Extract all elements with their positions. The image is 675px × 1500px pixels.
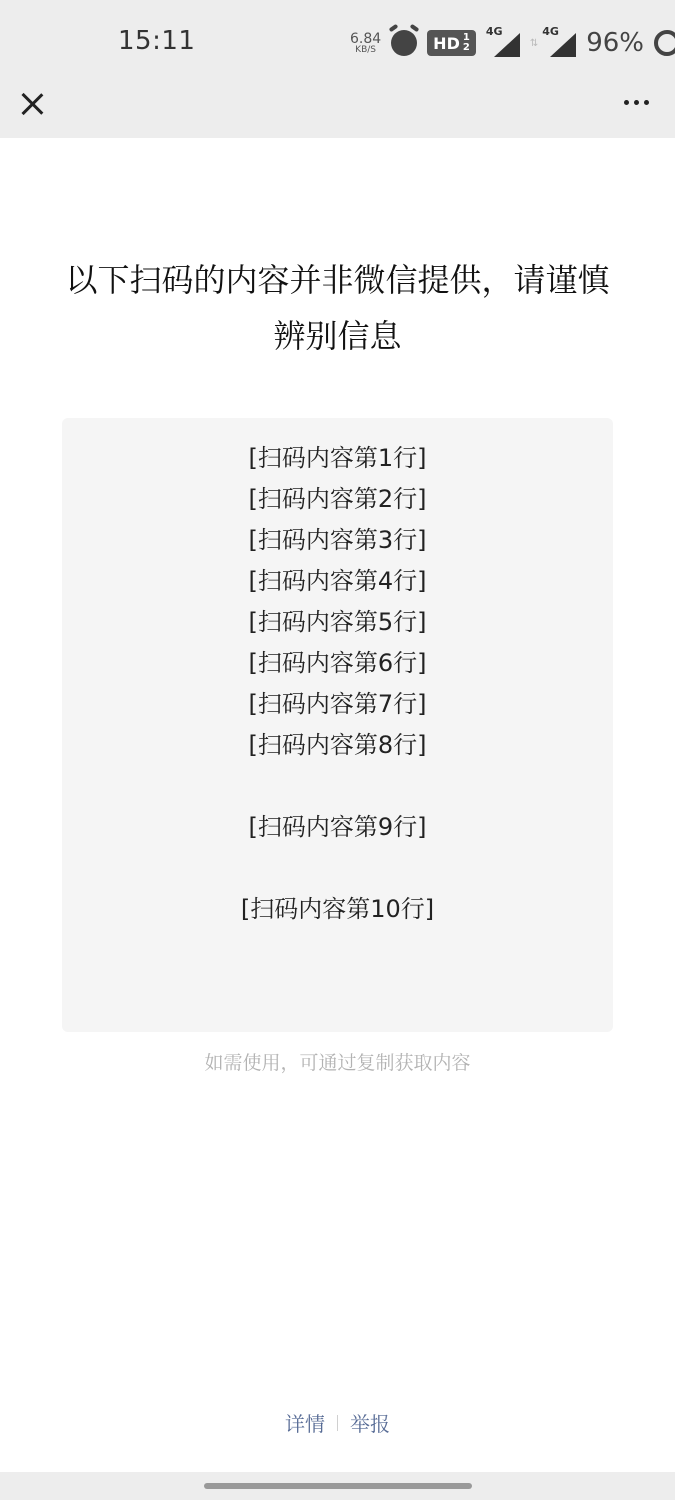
signal-sim2-icon: 4G <box>542 29 576 57</box>
report-link[interactable]: 举报 <box>350 1408 390 1437</box>
status-bar: 15:11 6.84 KB/S HD 1 2 4G ⇅ 4G 96% <box>0 0 675 80</box>
content-line: [扫码内容第5行] <box>80 602 595 643</box>
alarm-icon <box>391 30 417 56</box>
more-dot <box>624 100 629 105</box>
more-dot <box>634 100 639 105</box>
content-line: [扫码内容第4行] <box>80 561 595 602</box>
data-arrows-icon: ⇅ <box>530 38 538 49</box>
content-line: [扫码内容第10行] <box>80 889 595 930</box>
content-line: [扫码内容第2行] <box>80 479 595 520</box>
status-time: 15:11 <box>118 26 195 56</box>
signal-sim1-icon: 4G <box>486 29 520 57</box>
signal-bars-icon <box>494 33 520 57</box>
status-icons: 6.84 KB/S HD 1 2 4G ⇅ 4G 96% <box>350 26 675 60</box>
signal-bars-icon <box>550 33 576 57</box>
content-line: [扫码内容第9行] <box>80 807 595 848</box>
close-icon[interactable] <box>16 88 48 120</box>
content-line: [扫码内容第3行] <box>80 520 595 561</box>
more-dot <box>644 100 649 105</box>
footer-divider <box>337 1415 338 1431</box>
network-speed-unit: KB/S <box>355 46 376 55</box>
hd-voice-icon: HD 1 2 <box>427 30 476 56</box>
battery-percent: 96% <box>586 28 644 58</box>
content-line: [扫码内容第6行] <box>80 643 595 684</box>
content-line: [扫码内容第1行] <box>80 438 595 479</box>
network-speed-value: 6.84 <box>350 32 381 46</box>
hd-fraction-bottom: 2 <box>463 43 470 53</box>
hd-fraction: 1 2 <box>463 33 470 53</box>
details-link[interactable]: 详情 <box>285 1408 325 1437</box>
home-area <box>0 1472 675 1500</box>
scanned-content-card[interactable]: [扫码内容第1行] [扫码内容第2行] [扫码内容第3行] [扫码内容第4行] … <box>62 418 613 1032</box>
home-indicator[interactable] <box>204 1483 472 1489</box>
warning-title: 以下扫码的内容并非微信提供，请谨慎辨别信息 <box>50 252 625 364</box>
battery-icon <box>654 30 675 56</box>
nav-bar <box>0 80 675 138</box>
content-line: [扫码内容第7行] <box>80 684 595 725</box>
network-speed: 6.84 KB/S <box>350 32 381 55</box>
copy-hint: 如需使用，可通过复制获取内容 <box>0 1048 675 1075</box>
hd-label: HD <box>433 34 460 53</box>
more-icon[interactable] <box>624 92 649 112</box>
footer-links: 详情 举报 <box>0 1408 675 1437</box>
content-line: [扫码内容第8行] <box>80 725 595 766</box>
